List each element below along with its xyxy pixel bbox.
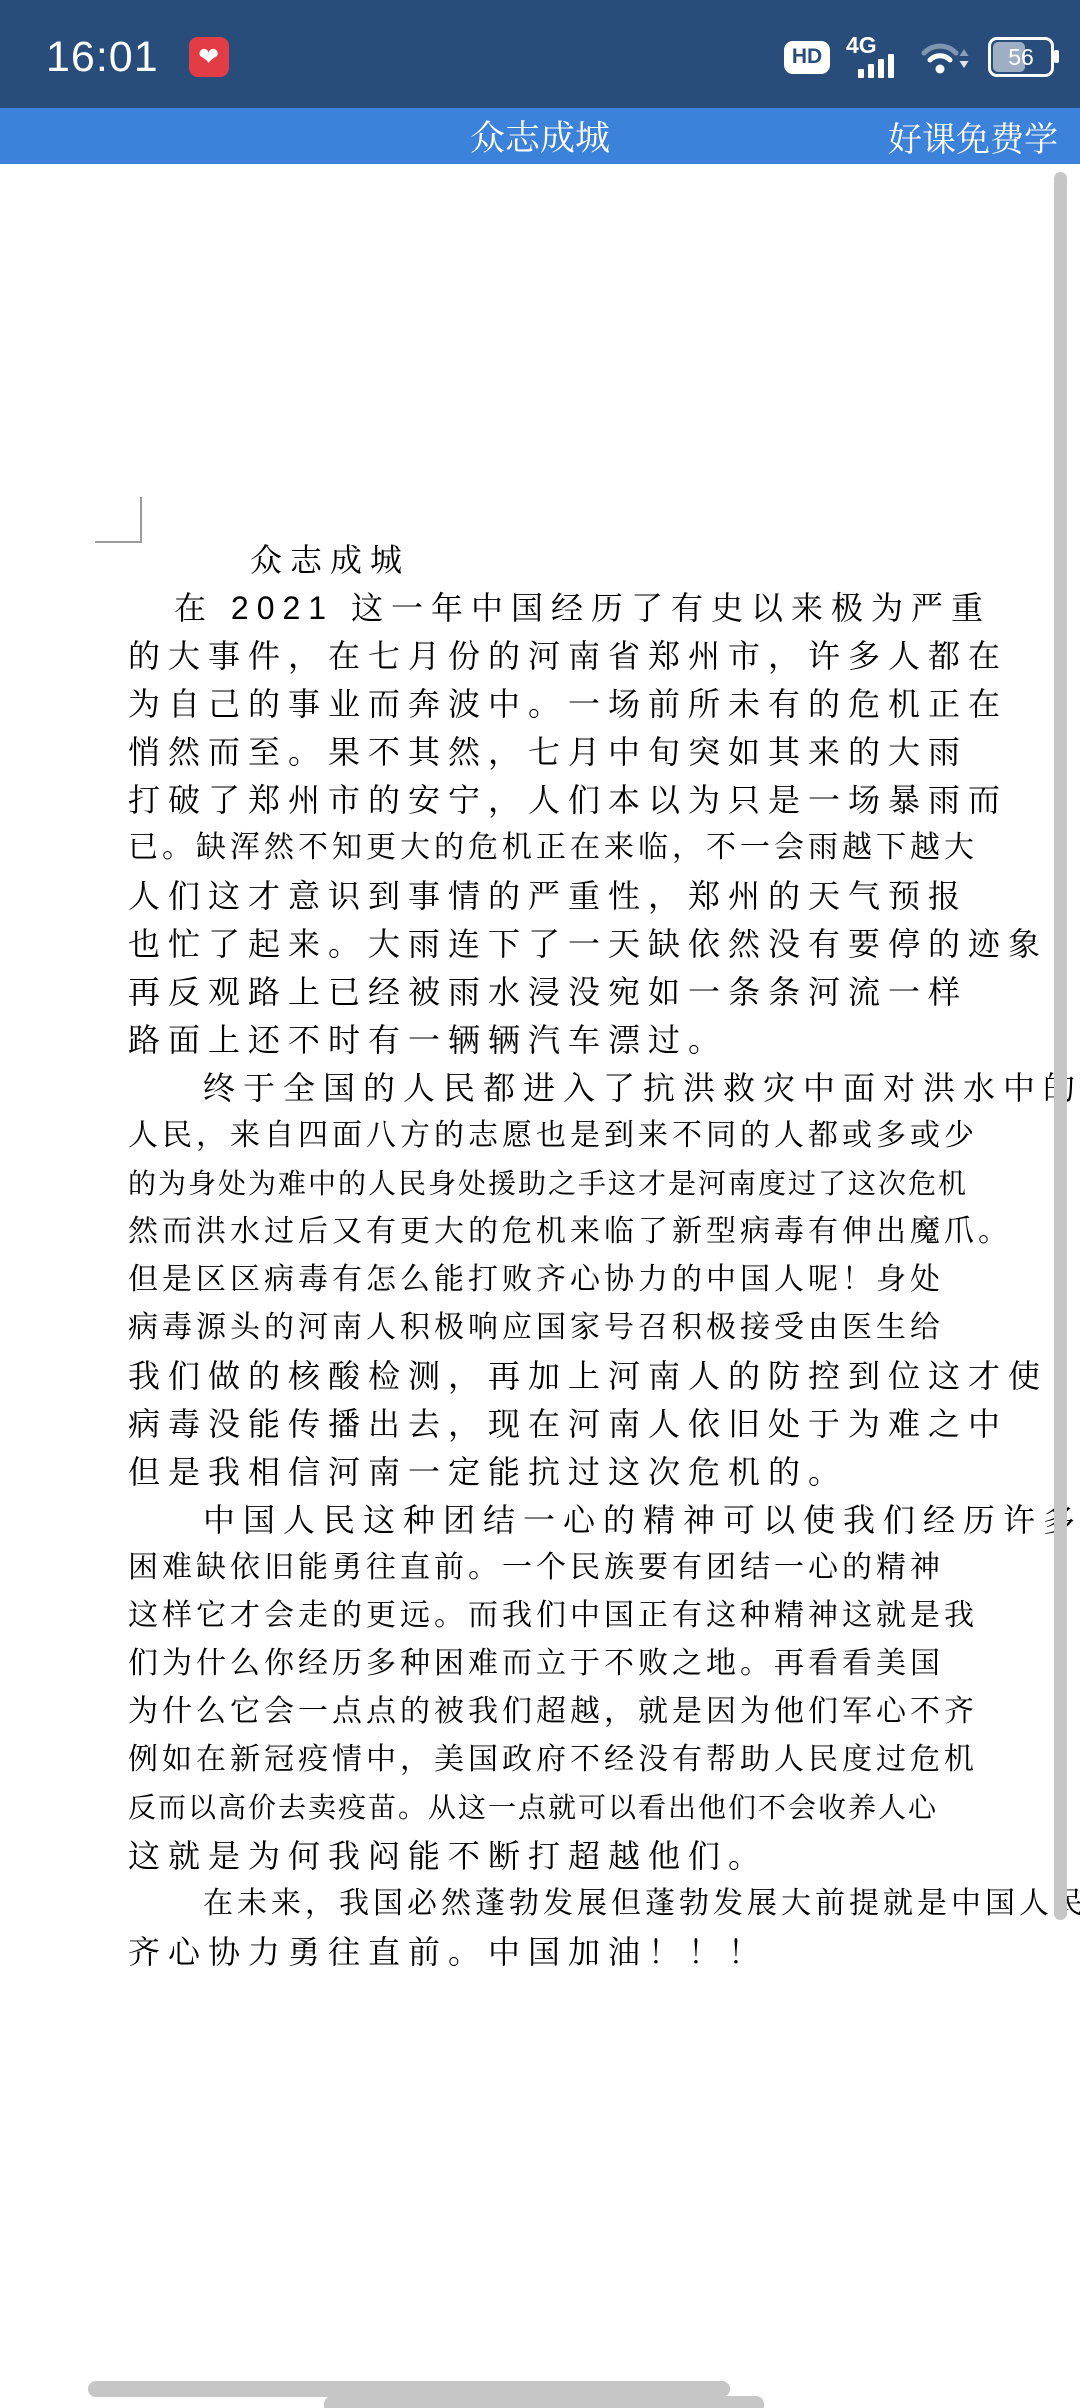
doc-line: 悄然而至。果不其然，七月中旬突如其来的大雨 (128, 728, 1043, 776)
navigation-gesture-pill[interactable] (324, 2396, 764, 2408)
battery-icon: 56 (988, 37, 1054, 77)
doc-line: 终于全国的人民都进入了抗洪救灾中面对洪水中的 (203, 1064, 1043, 1112)
doc-line: 的大事件，在七月份的河南省郑州市，许多人都在 (128, 632, 1043, 680)
doc-line: 们为什么你经历多种困难而立于不败之地。再看看美国 (128, 1640, 1043, 1688)
doc-lines: 众志成城在 2021 这一年中国经历了有史以来极为严重的大事件，在七月份的河南省… (128, 536, 1043, 1976)
doc-line: 齐心协力勇往直前。中国加油！！！ (128, 1928, 1043, 1976)
cellular-signal-icon: 4G (846, 36, 904, 78)
hd-volte-icon: HD (784, 41, 830, 74)
vertical-scrollbar[interactable] (1054, 172, 1067, 1920)
doc-line: 再反观路上已经被雨水浸没宛如一条条河流一样 (128, 968, 1043, 1016)
doc-line: 人民，来自四面八方的志愿也是到来不同的人都或多或少 (128, 1112, 1043, 1160)
doc-line: 病毒没能传播出去，现在河南人依旧处于为难之中 (128, 1400, 1043, 1448)
doc-line: 困难缺依旧能勇往直前。一个民族要有团结一心的精神 (128, 1544, 1043, 1592)
doc-line: 也忙了起来。大雨连下了一天缺依然没有要停的迹象 (128, 920, 1043, 968)
doc-line: 在未来，我国必然蓬勃发展但蓬勃发展大前提就是中国人民 (203, 1880, 1043, 1928)
clock: 16:01 (46, 33, 159, 82)
doc-line: 然而洪水过后又有更大的危机来临了新型病毒有伸出魔爪。 (128, 1208, 1043, 1256)
status-bar: 16:01 ❤ HD 4G 56 (0, 0, 1080, 108)
doc-line: 但是我相信河南一定能抗过这次危机的。 (128, 1448, 1043, 1496)
doc-line: 路面上还不时有一辆辆汽车漂过。 (128, 1016, 1043, 1064)
doc-line: 人们这才意识到事情的严重性，郑州的天气预报 (128, 872, 1043, 920)
doc-line: 但是区区病毒有怎么能打败齐心协力的中国人呢！身处 (128, 1256, 1043, 1304)
doc-line: 例如在新冠疫情中，美国政府不经没有帮助人民度过危机 (128, 1736, 1043, 1784)
document-view[interactable]: 众志成城在 2021 这一年中国经历了有史以来极为严重的大事件，在七月份的河南省… (0, 164, 1080, 2408)
horizontal-scrollbar[interactable] (88, 2381, 730, 2397)
app-bar: 众志成城 好课免费学 (0, 108, 1080, 164)
free-course-link[interactable]: 好课免费学 (888, 112, 1058, 161)
doc-line: 这就是为何我闷能不断打超越他们。 (128, 1832, 1043, 1880)
notification-heart-app-icon: ❤ (189, 37, 229, 77)
doc-line: 为什么它会一点点的被我们超越，就是因为他们军心不齐 (128, 1688, 1043, 1736)
screen: 16:01 ❤ HD 4G 56 (0, 0, 1080, 2408)
doc-line: 在 2021 这一年中国经历了有史以来极为严重 (174, 584, 1043, 632)
doc-line: 中国人民这种团结一心的精神可以使我们经历许多 (203, 1496, 1043, 1544)
doc-line: 众志成城 (250, 536, 1043, 584)
doc-line: 的为身处为难中的人民身处援助之手这才是河南度过了这次危机 (128, 1160, 1043, 1208)
doc-line: 病毒源头的河南人积极响应国家号召积极接受由医生给 (128, 1304, 1043, 1352)
wifi-icon (920, 37, 972, 77)
status-icons: HD 4G 56 (784, 36, 1054, 78)
doc-line: 打破了郑州市的安宁，人们本以为只是一场暴雨而 (128, 776, 1043, 824)
battery-percentage: 56 (991, 40, 1051, 74)
doc-line: 为自己的事业而奔波中。一场前所未有的危机正在 (128, 680, 1043, 728)
doc-line: 我们做的核酸检测，再加上河南人的防控到位这才使 (128, 1352, 1043, 1400)
doc-line: 这样它才会走的更远。而我们中国正有这种精神这就是我 (128, 1592, 1043, 1640)
doc-line: 反而以高价去卖疫苗。从这一点就可以看出他们不会收养人心 (128, 1784, 1043, 1832)
doc-line: 已。缺浑然不知更大的危机正在来临，不一会雨越下越大 (128, 824, 1043, 872)
